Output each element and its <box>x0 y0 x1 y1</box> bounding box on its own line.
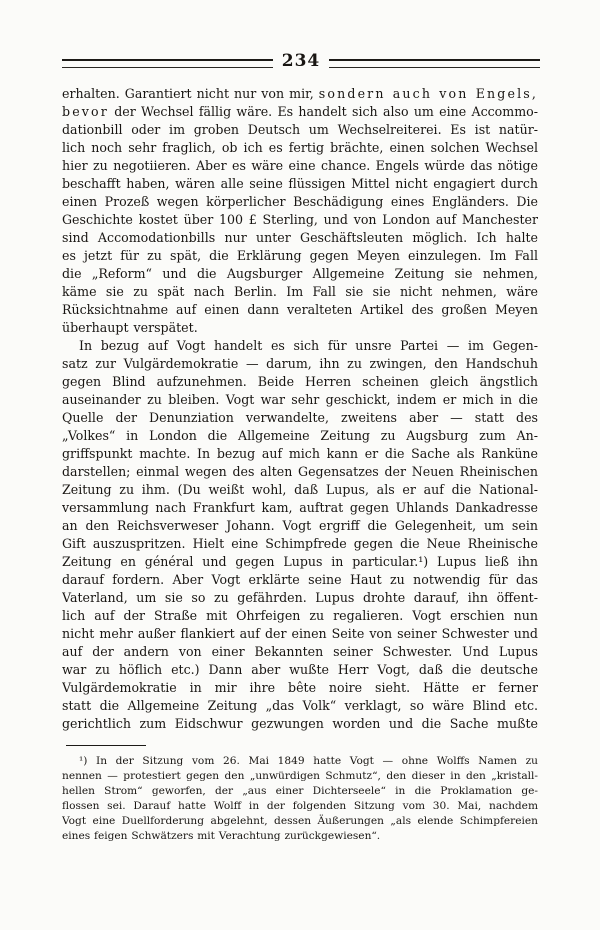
text-line: satz zur Vulgärdemokratie — darum, ihn z… <box>62 355 538 373</box>
text-line: beschafft haben, wären alle seine flüssi… <box>62 175 538 193</box>
footnote: ¹) In der Sitzung vom 26. Mai 1849 hatte… <box>62 754 538 844</box>
text-line: dationbill oder im groben Deutsch um Wec… <box>62 121 538 139</box>
text-line: Gift auszuspritzen. Hielt eine Schimpfre… <box>62 535 538 553</box>
text-line: eines feigen Schwätzers mit Verachtung z… <box>62 829 538 844</box>
text-line: darauf fordern. Aber Vogt erklärte seine… <box>62 571 538 589</box>
footnote-separator <box>66 745 146 746</box>
text-line: gerichtlich zum Eidschwur gezwungen word… <box>62 715 538 733</box>
text-line: es jetzt für zu spät, die Erklärung gege… <box>62 247 538 265</box>
text-line: auf der andern von einer Bekannten seine… <box>62 643 538 661</box>
text-line: flossen sei. Darauf hatte Wolff in der f… <box>62 799 538 814</box>
text-line: Rücksichtnahme auf einen dann veralteten… <box>62 301 538 319</box>
text-line: an den Reichsverweser Johann. Vogt ergri… <box>62 517 538 535</box>
main-text: erhalten. Garantiert nicht nur von mir, … <box>62 85 538 733</box>
text-line: „Volkes“ in London die Allgemeine Zeitun… <box>62 427 538 445</box>
text-line: darstellen; einmal wegen des alten Gegen… <box>62 463 538 481</box>
text-line: die „Reform“ und die Augsburger Allgemei… <box>62 265 538 283</box>
text-line: statt die Allgemeine Zeitung „das Volk“ … <box>62 697 538 715</box>
paragraph-1: erhalten. Garantiert nicht nur von mir, … <box>62 85 538 337</box>
text-line: sind Accomodationbills nur unter Geschäf… <box>62 229 538 247</box>
text-line: bevor der Wechsel fällig wäre. Es handel… <box>62 103 538 121</box>
text-line: gegen Blind aufzunehmen. Beide Herren sc… <box>62 373 538 391</box>
text-line: lich auf der Straße mit Ohrfeigen zu reg… <box>62 607 538 625</box>
page-number: 234 <box>273 50 330 72</box>
text-line: hellen Strom“ geworfen, der „aus einer D… <box>62 784 538 799</box>
text-line: war zu höflich etc.) Dann aber wußte Her… <box>62 661 538 679</box>
text-line: Vogt eine Duellforderung abgelehnt, dess… <box>62 814 538 829</box>
text-line: einen Prozeß wegen körperlicher Beschädi… <box>62 193 538 211</box>
text-line: Quelle der Denunziation verwandelte, zwe… <box>62 409 538 427</box>
page-header: 234 <box>62 52 540 74</box>
text-line: nicht mehr außer flankiert auf der einen… <box>62 625 538 643</box>
text-line: In bezug auf Vogt handelt es sich für un… <box>62 337 538 355</box>
text-line: lich noch sehr fraglich, ob ich es ferti… <box>62 139 538 157</box>
text-line: griffspunkt machte. In bezug auf mich ka… <box>62 445 538 463</box>
text-line: Vulgärdemokratie in mir ihre bête noire … <box>62 679 538 697</box>
header-rule-right <box>329 59 540 68</box>
text-line: ¹) In der Sitzung vom 26. Mai 1849 hatte… <box>62 754 538 769</box>
text-line: Zeitung en général und gegen Lupus in pa… <box>62 553 538 571</box>
paragraph-2: In bezug auf Vogt handelt es sich für un… <box>62 337 538 733</box>
text-line: hier zu negotiieren. Aber es wäre eine c… <box>62 157 538 175</box>
text-line: Vaterland, um sie so zu gefährden. Lupus… <box>62 589 538 607</box>
text-line: versammlung nach Frankfurt kam, auftrat … <box>62 499 538 517</box>
text-line: auseinander zu bleiben. Vogt war sehr ge… <box>62 391 538 409</box>
text-line: erhalten. Garantiert nicht nur von mir, … <box>62 85 538 103</box>
scanned-book-page: 234 erhalten. Garantiert nicht nur von m… <box>0 0 600 930</box>
text-line: nennen — protestiert gegen den „unwürdig… <box>62 769 538 784</box>
text-line: Zeitung zu ihm. (Du weißt wohl, daß Lupu… <box>62 481 538 499</box>
text-line: Geschichte kostet über 100 £ Sterling, u… <box>62 211 538 229</box>
emphasized-spaced-text: sondern auch von Engels, <box>319 86 538 101</box>
emphasized-spaced-text: bevor <box>62 104 109 119</box>
text-line: überhaupt verspätet. <box>62 319 538 337</box>
text-line: käme sie zu spät nach Berlin. Im Fall si… <box>62 283 538 301</box>
header-rule-left <box>62 59 273 68</box>
